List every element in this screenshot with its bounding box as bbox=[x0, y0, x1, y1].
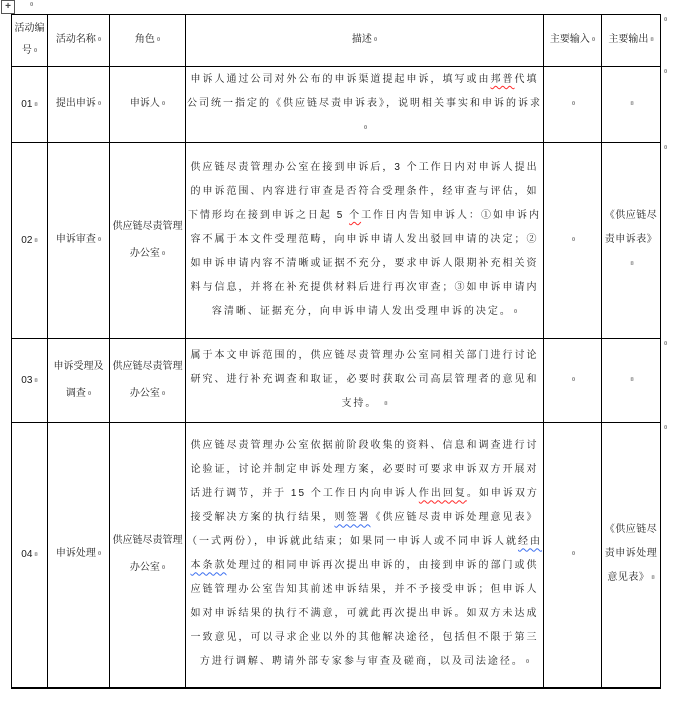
cell-end-mark: ¤ bbox=[374, 29, 377, 51]
cell-main-output[interactable]: 《供应链尽责申诉表》¤ bbox=[602, 143, 661, 339]
cell-activity-no[interactable]: 03¤ bbox=[12, 339, 48, 423]
cell-activity-no[interactable]: 02¤ bbox=[12, 143, 48, 339]
cell-role[interactable]: 供应链尽责管理办公室¤ bbox=[110, 423, 186, 688]
cell-end-mark: ¤ bbox=[630, 368, 633, 392]
cell-role[interactable]: 供应链尽责管理办公室¤ bbox=[110, 143, 186, 339]
cell-end-mark: ¤ bbox=[630, 252, 633, 276]
cell-activity-name[interactable]: 申诉处理¤ bbox=[48, 423, 110, 688]
cell-end-mark: ¤ bbox=[572, 368, 575, 392]
cell-end-mark: ¤ bbox=[162, 381, 165, 408]
cell-end-mark: ¤ bbox=[98, 29, 101, 51]
cell-end-mark: ¤ bbox=[572, 542, 575, 566]
header-main-output[interactable]: 主要输出¤ bbox=[602, 15, 661, 67]
cell-description[interactable]: 供应链尽责管理办公室在接到申诉后，3 个工作日内对申诉人提出的申诉范围、内容进行… bbox=[186, 143, 544, 339]
row-end-mark: ¤ bbox=[664, 69, 667, 75]
cell-description[interactable]: 属于本文申诉范围的，供应链尽责管理办公室同相关部门进行讨论研究、进行补充调查和取… bbox=[186, 339, 544, 423]
cell-end-mark: ¤ bbox=[384, 392, 387, 416]
cell-end-mark: ¤ bbox=[592, 29, 595, 51]
table-header-row: 活动编号¤ 活动名称¤ 角色¤ 描述¤ 主要输入¤ 主要输出¤ bbox=[12, 15, 661, 67]
cell-main-input[interactable]: ¤ bbox=[544, 67, 602, 143]
table-row: 01¤ 提出申诉¤ 申诉人¤ 申诉人通过公司对外公布的申诉渠道提起申诉，填写或由… bbox=[12, 67, 661, 143]
cell-activity-no[interactable]: 04¤ bbox=[12, 423, 48, 688]
cell-main-output[interactable]: ¤ bbox=[602, 339, 661, 423]
cell-end-mark: ¤ bbox=[572, 92, 575, 116]
spellcheck-red-squiggle: 作出回复 bbox=[419, 488, 467, 499]
process-table: 活动编号¤ 活动名称¤ 角色¤ 描述¤ 主要输入¤ 主要输出¤ 01¤ 提出申诉… bbox=[11, 14, 661, 689]
cell-end-mark: ¤ bbox=[162, 91, 165, 118]
cell-end-mark: ¤ bbox=[162, 555, 165, 582]
paragraph-mark: ¤ bbox=[30, 2, 33, 8]
cell-activity-name[interactable]: 申诉审查¤ bbox=[48, 143, 110, 339]
row-end-mark: ¤ bbox=[664, 17, 667, 23]
cell-end-mark: ¤ bbox=[364, 116, 367, 140]
cell-end-mark: ¤ bbox=[98, 541, 101, 568]
spellcheck-blue-squiggle: 则签署 bbox=[335, 512, 371, 523]
cell-end-mark: ¤ bbox=[651, 566, 654, 590]
table-row: 04¤ 申诉处理¤ 供应链尽责管理办公室¤ 供应链尽责管理办公室依据前阶段收集的… bbox=[12, 423, 661, 688]
cell-role[interactable]: 供应链尽责管理办公室¤ bbox=[110, 339, 186, 423]
header-activity-name[interactable]: 活动名称¤ bbox=[48, 15, 110, 67]
cell-role[interactable]: 申诉人¤ bbox=[110, 67, 186, 143]
move-icon: + bbox=[5, 2, 11, 12]
row-end-mark: ¤ bbox=[664, 145, 667, 151]
cell-end-mark: ¤ bbox=[572, 228, 575, 252]
table-row: 03¤ 申诉受理及调查¤ 供应链尽责管理办公室¤ 属于本文申诉范围的，供应链尽责… bbox=[12, 339, 661, 423]
row-end-mark: ¤ bbox=[664, 341, 667, 347]
cell-main-input[interactable]: ¤ bbox=[544, 143, 602, 339]
cell-activity-name[interactable]: 申诉受理及调查¤ bbox=[48, 339, 110, 423]
cell-end-mark: ¤ bbox=[34, 102, 37, 108]
table-row: 02¤ 申诉审查¤ 供应链尽责管理办公室¤ 供应链尽责管理办公室在接到申诉后，3… bbox=[12, 143, 661, 339]
cell-end-mark: ¤ bbox=[157, 29, 160, 51]
cell-activity-name[interactable]: 提出申诉¤ bbox=[48, 67, 110, 143]
cell-main-input[interactable]: ¤ bbox=[544, 423, 602, 688]
cell-end-mark: ¤ bbox=[162, 241, 165, 268]
row-end-mark: ¤ bbox=[664, 425, 667, 431]
cell-end-mark: ¤ bbox=[88, 381, 91, 408]
cell-description[interactable]: 申诉人通过公司对外公布的申诉渠道提起申诉，填写或由邦普代填公司统一指定的《供应链… bbox=[186, 67, 544, 143]
header-activity-no[interactable]: 活动编号¤ bbox=[12, 15, 48, 67]
header-description[interactable]: 描述¤ bbox=[186, 15, 544, 67]
cell-end-mark: ¤ bbox=[630, 92, 633, 116]
cell-main-output[interactable]: ¤ bbox=[602, 67, 661, 143]
header-main-input[interactable]: 主要输入¤ bbox=[544, 15, 602, 67]
cell-end-mark: ¤ bbox=[34, 378, 37, 384]
spellcheck-red-squiggle: 个 bbox=[349, 210, 361, 221]
spellcheck-red-squiggle: 邦普 bbox=[491, 74, 515, 85]
cell-description[interactable]: 供应链尽责管理办公室依据前阶段收集的资料、信息和调查进行讨论验证，讨论并制定申诉… bbox=[186, 423, 544, 688]
cell-end-mark: ¤ bbox=[514, 300, 517, 324]
cell-end-mark: ¤ bbox=[650, 29, 653, 51]
cell-end-mark: ¤ bbox=[34, 40, 37, 62]
table-move-handle[interactable]: + bbox=[1, 0, 15, 14]
cell-end-mark: ¤ bbox=[34, 552, 37, 558]
document-page: + ¤ ¤ ¤ ¤ ¤ ¤ 活动编号¤ 活动名称¤ 角色¤ 描述¤ 主要输入¤ … bbox=[0, 0, 674, 702]
header-role[interactable]: 角色¤ bbox=[110, 15, 186, 67]
cell-end-mark: ¤ bbox=[34, 238, 37, 244]
cell-end-mark: ¤ bbox=[98, 91, 101, 118]
cell-main-output[interactable]: 《供应链尽责申诉处理意见表》¤ bbox=[602, 423, 661, 688]
cell-main-input[interactable]: ¤ bbox=[544, 339, 602, 423]
cell-activity-no[interactable]: 01¤ bbox=[12, 67, 48, 143]
cell-end-mark: ¤ bbox=[98, 227, 101, 254]
cell-end-mark: ¤ bbox=[526, 650, 529, 674]
